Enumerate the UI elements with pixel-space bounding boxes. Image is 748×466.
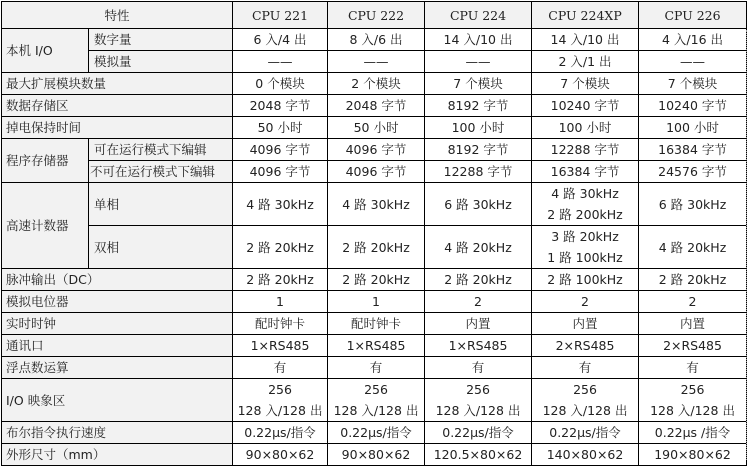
row-max-expansion: 最大扩展模块数量 0 个模块 2 个模块 7 个模块 7 个模块 7 个模块	[2, 73, 747, 95]
row-program-no-run-edit: 不可在运行模式下编辑 4096 字节 4096 字节 12288 字节 1638…	[2, 161, 747, 183]
row-program-run-edit: 程序存储器 可在运行模式下编辑 4096 字节 4096 字节 8192 字节 …	[2, 139, 747, 161]
cell: 4 路 30kHz2 路 200kHz	[532, 183, 639, 226]
label-power-retention: 掉电保持时间	[2, 117, 233, 139]
cell: 4 路 20kHz	[425, 226, 532, 269]
sublabel-no-run-edit: 不可在运行模式下编辑	[89, 161, 233, 183]
cell: 内置	[639, 313, 747, 335]
cell: 50 小时	[328, 117, 425, 139]
cell: 4096 字节	[328, 139, 425, 161]
sublabel-single-phase: 单相	[89, 183, 233, 226]
label-data-memory: 数据存储区	[2, 95, 233, 117]
cell: 配时钟卡	[328, 313, 425, 335]
cell: 2 入/1 出	[532, 51, 639, 73]
cell: 4096 字节	[233, 161, 328, 183]
cell: 配时钟卡	[233, 313, 328, 335]
cell: 10240 字节	[532, 95, 639, 117]
sublabel-dual-phase: 双相	[89, 226, 233, 269]
header-cpu-222: CPU 222	[328, 2, 425, 29]
cell: 256128 入/128 出	[532, 379, 639, 422]
cell: 100 小时	[532, 117, 639, 139]
header-row: 特性 CPU 221 CPU 222 CPU 224 CPU 224XP CPU…	[2, 2, 747, 29]
label-float-math: 浮点数运算	[2, 357, 233, 379]
cell: 24576 字节	[639, 161, 747, 183]
header-cpu-226: CPU 226	[639, 2, 747, 29]
row-analog-io: 模拟量 —— —— —— 2 入/1 出 ——	[2, 51, 747, 73]
cell: 100 小时	[425, 117, 532, 139]
cell: 256128 入/128 出	[425, 379, 532, 422]
cell: 4 路 20kHz	[639, 226, 747, 269]
cell: 16384 字节	[639, 139, 747, 161]
label-local-io: 本机 I/O	[2, 29, 89, 73]
cell: ——	[328, 51, 425, 73]
cell: 140×80×62	[532, 444, 639, 466]
cell: 有	[639, 357, 747, 379]
cell: 3 路 20kHz1 路 100kHz	[532, 226, 639, 269]
cell: 2	[639, 291, 747, 313]
cell: 2×RS485	[532, 335, 639, 357]
cell: 2 路 20kHz	[328, 269, 425, 291]
cell: 6 路 30kHz	[639, 183, 747, 226]
label-bool-speed: 布尔指令执行速度	[2, 422, 233, 444]
cell: 0.22μs/指令	[233, 422, 328, 444]
cell: 2	[425, 291, 532, 313]
cell: 1×RS485	[425, 335, 532, 357]
cell: 0.22μs /指令	[639, 422, 747, 444]
cell: 1	[233, 291, 328, 313]
cell: 6 入/4 出	[233, 29, 328, 51]
cell: 4 入/16 出	[639, 29, 747, 51]
row-power-retention: 掉电保持时间 50 小时 50 小时 100 小时 100 小时 100 小时	[2, 117, 747, 139]
cell: 4096 字节	[328, 161, 425, 183]
cell: 有	[532, 357, 639, 379]
cell: 2×RS485	[639, 335, 747, 357]
header-cpu-224xp: CPU 224XP	[532, 2, 639, 29]
row-dimensions: 外形尺寸（mm） 90×80×62 90×80×62 120.5×80×62 1…	[2, 444, 747, 466]
label-io-image: I/O 映象区	[2, 379, 233, 422]
cell: 1	[328, 291, 425, 313]
cell: 有	[233, 357, 328, 379]
row-bool-speed: 布尔指令执行速度 0.22μs/指令 0.22μs/指令 0.22μs/指令 0…	[2, 422, 747, 444]
cell: 14 入/10 出	[425, 29, 532, 51]
cell: 2048 字节	[233, 95, 328, 117]
cell: 8 入/6 出	[328, 29, 425, 51]
cell: 2 路 20kHz	[328, 226, 425, 269]
cell: 2 个模块	[328, 73, 425, 95]
cell: 256128 入/128 出	[233, 379, 328, 422]
cell: 7 个模块	[639, 73, 747, 95]
cell: 14 入/10 出	[532, 29, 639, 51]
label-pulse-output: 脉冲输出（DC）	[2, 269, 233, 291]
cell: 1×RS485	[328, 335, 425, 357]
cpu-spec-table: 特性 CPU 221 CPU 222 CPU 224 CPU 224XP CPU…	[1, 1, 747, 466]
label-rtc: 实时时钟	[2, 313, 233, 335]
cell: 8192 字节	[425, 95, 532, 117]
cell: 12288 字节	[425, 161, 532, 183]
cell: 2 路 100kHz	[532, 269, 639, 291]
cell: 0.22μs/指令	[328, 422, 425, 444]
cell: 12288 字节	[532, 139, 639, 161]
cell: 6 路 30kHz	[425, 183, 532, 226]
cell: 90×80×62	[328, 444, 425, 466]
row-pulse-output: 脉冲输出（DC） 2 路 20kHz 2 路 20kHz 2 路 20kHz 2…	[2, 269, 747, 291]
label-high-speed-counter: 高速计数器	[2, 183, 89, 269]
cell: 7 个模块	[532, 73, 639, 95]
cell: 2 路 20kHz	[425, 269, 532, 291]
cell: 2048 字节	[328, 95, 425, 117]
cell: 256128 入/128 出	[328, 379, 425, 422]
label-analog-pot: 模拟电位器	[2, 291, 233, 313]
sublabel-analog: 模拟量	[89, 51, 233, 73]
cell: 8192 字节	[425, 139, 532, 161]
cell: 有	[425, 357, 532, 379]
row-io-image: I/O 映象区 256128 入/128 出 256128 入/128 出 25…	[2, 379, 747, 422]
cell: 1×RS485	[233, 335, 328, 357]
cell: 4 路 30kHz	[328, 183, 425, 226]
cell: 7 个模块	[425, 73, 532, 95]
sublabel-digital: 数字量	[89, 29, 233, 51]
row-analog-pot: 模拟电位器 1 1 2 2 2	[2, 291, 747, 313]
cell: 120.5×80×62	[425, 444, 532, 466]
cell: 10240 字节	[639, 95, 747, 117]
header-feature: 特性	[2, 2, 233, 29]
cell: 0.22μs/指令	[425, 422, 532, 444]
row-hsc-single: 高速计数器 单相 4 路 30kHz 4 路 30kHz 6 路 30kHz 4…	[2, 183, 747, 226]
cell: 4 路 30kHz	[233, 183, 328, 226]
cell: 4096 字节	[233, 139, 328, 161]
cell: 2 路 20kHz	[233, 269, 328, 291]
cell: 内置	[425, 313, 532, 335]
label-max-expansion: 最大扩展模块数量	[2, 73, 233, 95]
cell: 2	[532, 291, 639, 313]
cell: 100 小时	[639, 117, 747, 139]
cell: 0.22μs/指令	[532, 422, 639, 444]
cell: 0 个模块	[233, 73, 328, 95]
row-float-math: 浮点数运算 有 有 有 有 有	[2, 357, 747, 379]
label-comm-port: 通讯口	[2, 335, 233, 357]
cell: 有	[328, 357, 425, 379]
cell: 2 路 20kHz	[639, 269, 747, 291]
header-cpu-221: CPU 221	[233, 2, 328, 29]
cell: 内置	[532, 313, 639, 335]
cell: ——	[233, 51, 328, 73]
cell: 2 路 20kHz	[233, 226, 328, 269]
cell: 190×80×62	[639, 444, 747, 466]
header-cpu-224: CPU 224	[425, 2, 532, 29]
row-rtc: 实时时钟 配时钟卡 配时钟卡 内置 内置 内置	[2, 313, 747, 335]
label-program-memory: 程序存储器	[2, 139, 89, 183]
row-data-memory: 数据存储区 2048 字节 2048 字节 8192 字节 10240 字节 1…	[2, 95, 747, 117]
row-hsc-dual: 双相 2 路 20kHz 2 路 20kHz 4 路 20kHz 3 路 20k…	[2, 226, 747, 269]
cell: 256128 入/128 出	[639, 379, 747, 422]
cell: 90×80×62	[233, 444, 328, 466]
cell: ——	[425, 51, 532, 73]
cell: ——	[639, 51, 747, 73]
cell: 16384 字节	[532, 161, 639, 183]
cell: 50 小时	[233, 117, 328, 139]
label-dimensions: 外形尺寸（mm）	[2, 444, 233, 466]
row-comm-port: 通讯口 1×RS485 1×RS485 1×RS485 2×RS485 2×RS…	[2, 335, 747, 357]
row-digital-io: 本机 I/O 数字量 6 入/4 出 8 入/6 出 14 入/10 出 14 …	[2, 29, 747, 51]
sublabel-run-edit: 可在运行模式下编辑	[89, 139, 233, 161]
